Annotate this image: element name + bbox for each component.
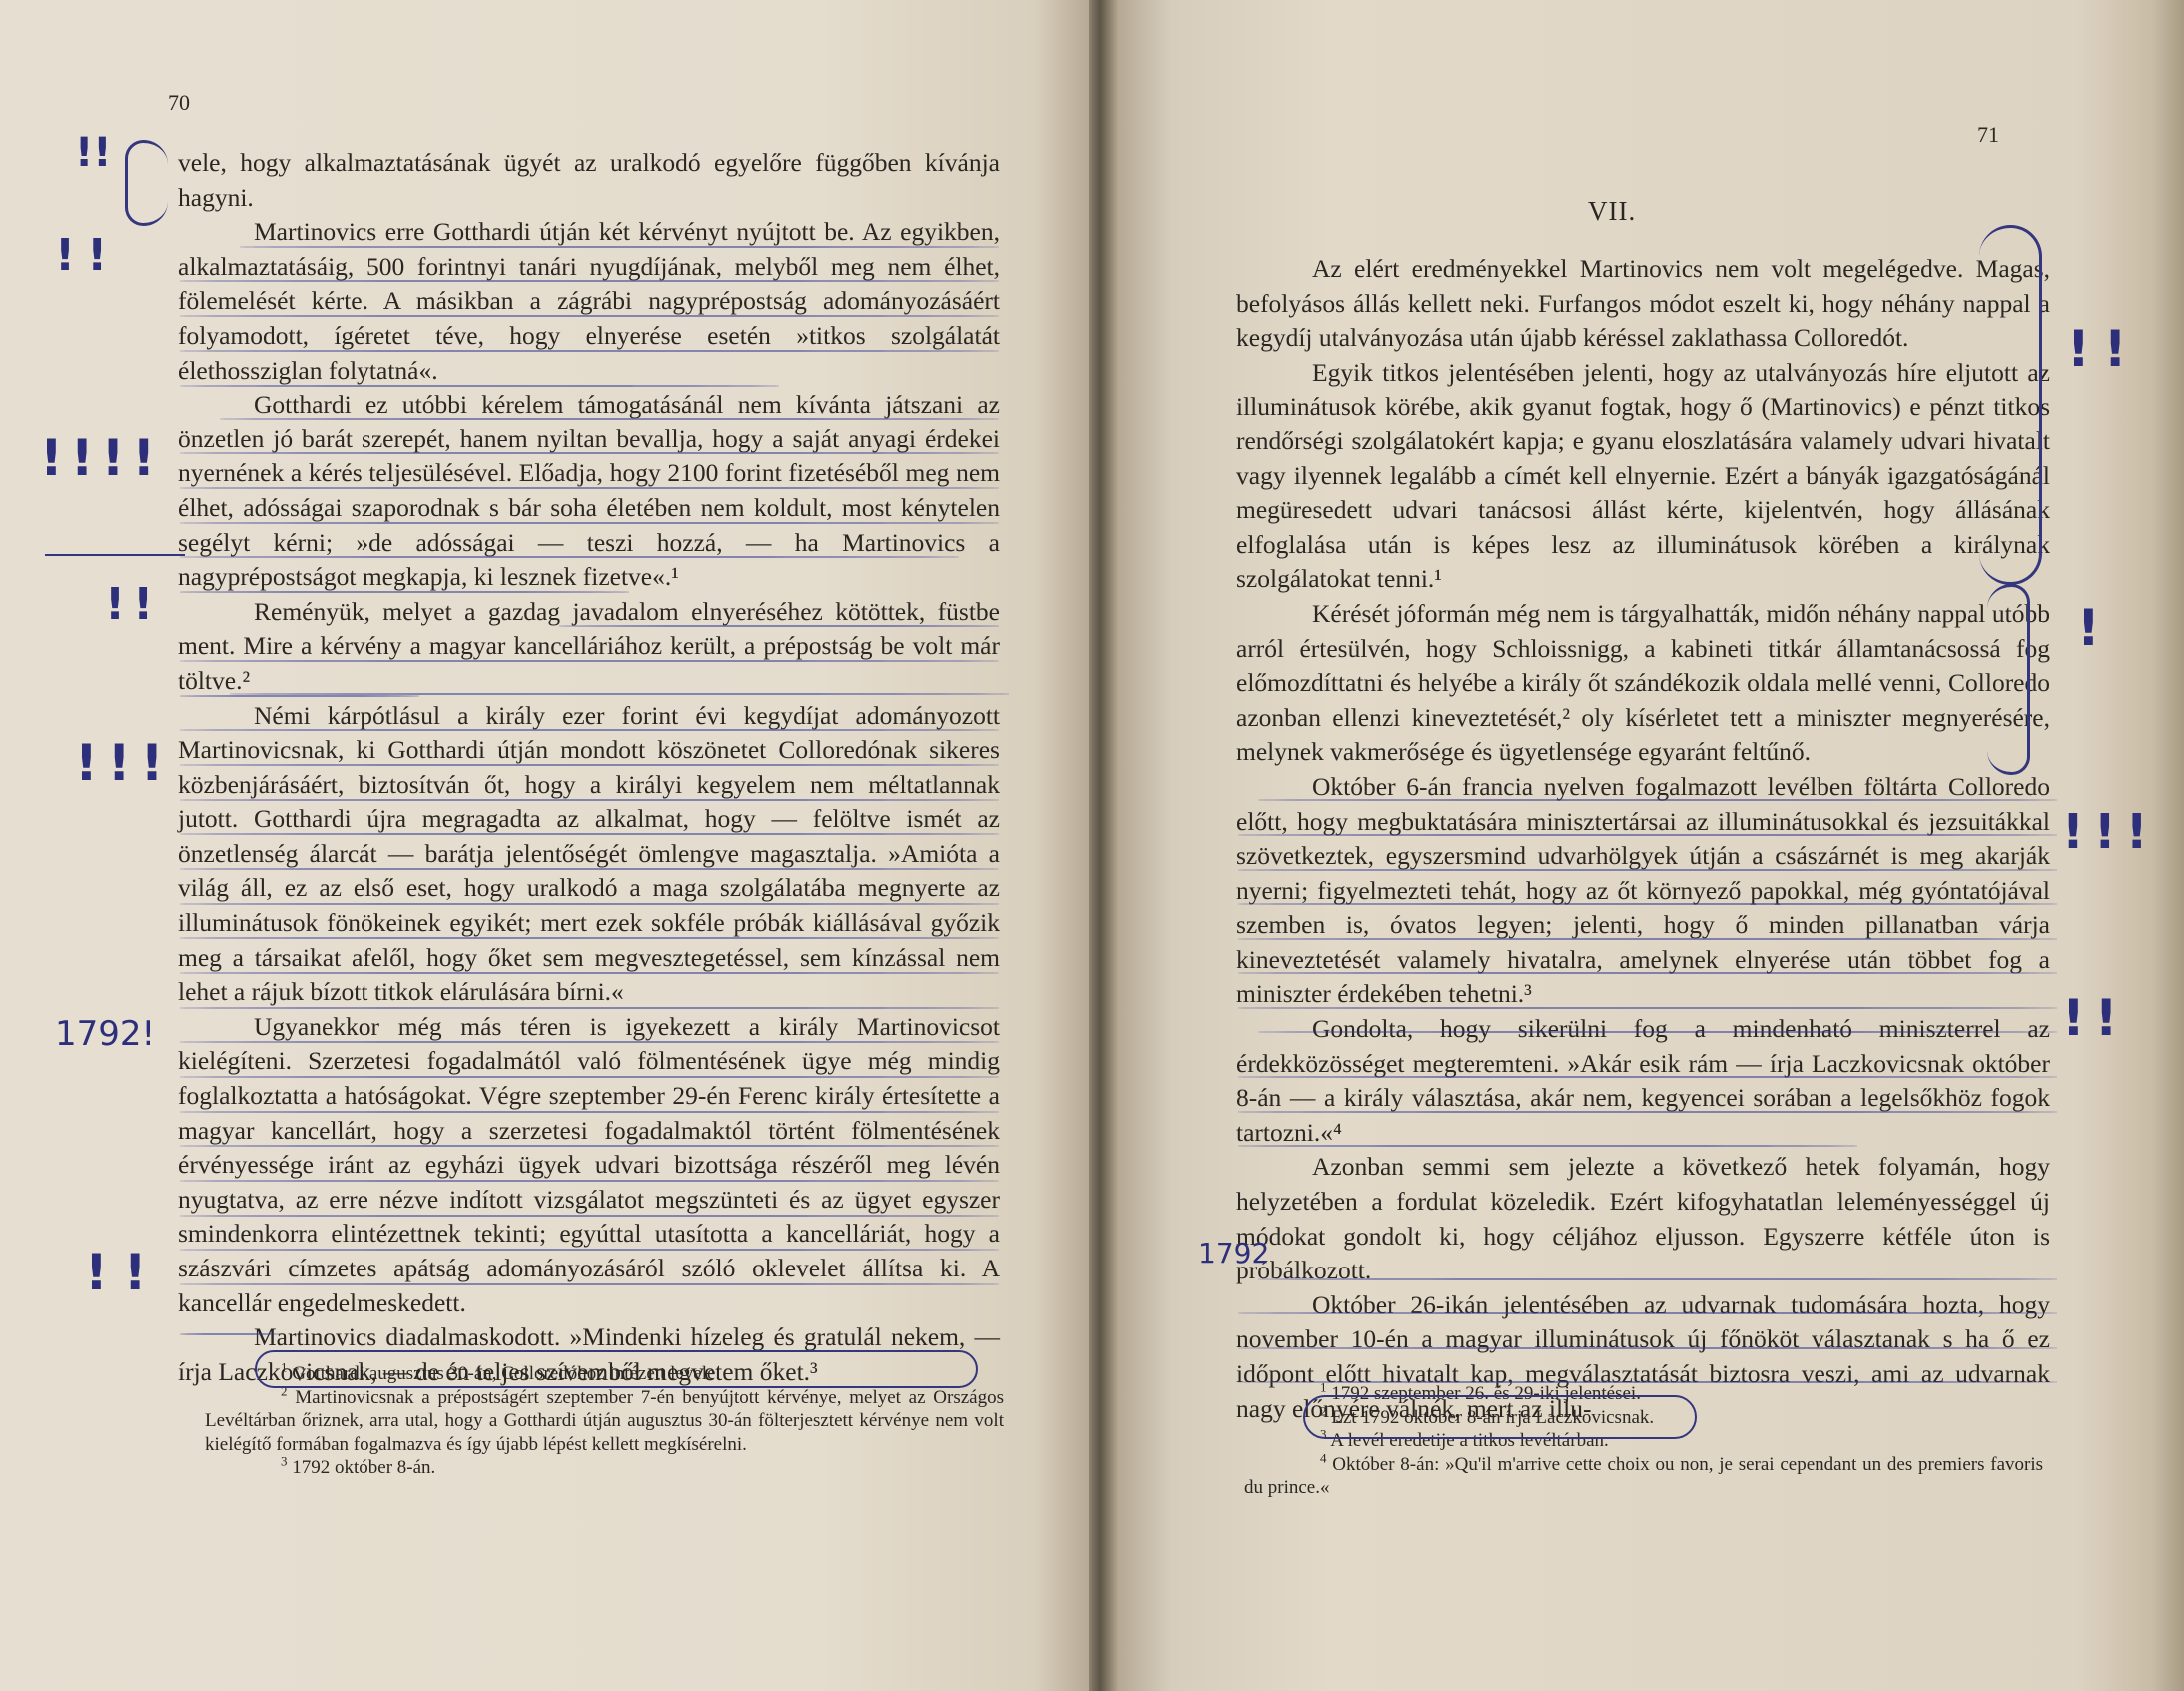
pen-underline	[180, 799, 999, 801]
paragraph: Némi kárpótlásul a király ezer forint év…	[178, 699, 1000, 1010]
paragraph: Az elért eredményekkel Martinovics nem v…	[1236, 252, 2050, 356]
pen-underline	[1238, 869, 2057, 871]
footnote: 4 Október 8-án: »Qu'il m'arrive cette ch…	[1244, 1453, 2043, 1500]
pen-underline	[180, 1215, 999, 1217]
pen-underline	[180, 868, 999, 870]
pen-bracket	[125, 140, 168, 226]
pen-underline	[1238, 1076, 2057, 1078]
pen-underline	[1238, 1145, 1857, 1147]
pen-underline	[180, 1180, 999, 1182]
pen-underline	[180, 764, 999, 766]
pen-circle-footnote	[255, 1350, 978, 1388]
pen-bracket	[1987, 584, 2030, 775]
pen-underline	[180, 695, 419, 697]
paragraph: Reményük, melyet a gazdag javadalom elny…	[178, 595, 1000, 699]
margin-note: !!!	[2062, 804, 2158, 860]
pen-underline	[180, 1041, 999, 1043]
page-number-right: 71	[1977, 122, 1999, 148]
margin-note-year: 1792	[1198, 1237, 1269, 1269]
margin-note: !!	[55, 230, 119, 281]
pen-underline	[180, 280, 999, 282]
margin-note: !!	[75, 130, 111, 176]
pen-underline	[180, 1007, 999, 1009]
pen-underline	[180, 1145, 999, 1147]
paragraph: Egyik titkos jelentésében jelenti, hogy …	[1236, 356, 2050, 597]
pen-underline	[180, 556, 959, 558]
pen-underline	[180, 350, 999, 352]
book-gutter	[1089, 0, 1118, 1691]
pen-underline	[180, 903, 999, 905]
pen-underline	[180, 1111, 999, 1113]
pen-underline	[180, 452, 999, 454]
page-number-left: 70	[168, 90, 190, 116]
pen-underline	[180, 1283, 999, 1285]
pen-underline	[1238, 834, 2057, 836]
paragraph: Martinovics erre Gotthardi útján két kér…	[178, 215, 1000, 388]
margin-note: !!!	[75, 734, 173, 792]
pen-margin-line	[45, 554, 185, 556]
pen-circle-footnote	[1303, 1395, 1697, 1439]
margin-note: !!!!	[40, 429, 163, 487]
pen-underline	[1258, 1031, 2057, 1033]
pen-underline	[180, 660, 999, 662]
pen-underline	[180, 937, 999, 939]
pen-underline	[180, 487, 999, 489]
pen-underline	[559, 625, 999, 627]
pen-underline	[1238, 1347, 2057, 1349]
pen-underline	[1238, 972, 2057, 974]
pen-underline	[180, 315, 999, 317]
pen-underline	[180, 1076, 999, 1078]
pen-underline	[1258, 1278, 2057, 1280]
pen-underline	[240, 246, 999, 248]
chapter-heading: VII.	[1588, 196, 1636, 227]
paragraph: Azonban semmi sem jelezte a következő he…	[1236, 1150, 2050, 1287]
pen-underline	[220, 418, 999, 420]
margin-note-year: 1792!	[55, 1014, 155, 1054]
pen-underline	[180, 1249, 999, 1251]
pen-underline	[180, 1333, 280, 1335]
margin-note: !	[2077, 599, 2100, 657]
pen-underline	[230, 693, 1009, 695]
left-page: 70 vele, hogy alkalmaztatásának ügyét az…	[0, 0, 1089, 1691]
margin-note: !!	[105, 579, 161, 630]
pen-underline	[1238, 903, 2057, 905]
pen-underline	[180, 833, 999, 835]
right-page: 71 VII. Az elért eredményekkel Martinovi…	[1118, 0, 2184, 1691]
pen-underline	[180, 972, 999, 974]
pen-bracket	[1979, 225, 2042, 585]
pen-underline	[180, 522, 999, 524]
paragraph: Október 6-án francia nyelven fogalmazott…	[1236, 770, 2050, 1012]
margin-note: !!	[2067, 320, 2141, 378]
pen-underline	[1238, 938, 2057, 940]
pen-underline	[1238, 1007, 2057, 1009]
paragraph: Kérését jóformán még nem is tárgyalhattá…	[1236, 597, 2050, 770]
pen-underline	[1238, 1312, 2057, 1314]
margin-note: !!	[2062, 989, 2128, 1047]
pen-underline	[180, 729, 999, 731]
paragraph: Ugyanekkor még más téren is igyekezett a…	[178, 1010, 1000, 1320]
footnote: 2 Martinovicsnak a prépostságért szeptem…	[205, 1386, 1004, 1457]
paragraph: vele, hogy alkalmaztatásának ügyét az ur…	[178, 146, 1000, 215]
pen-underline	[180, 591, 629, 593]
right-body-text: Az elért eredményekkel Martinovics nem v…	[1236, 252, 2050, 1426]
left-body-text: vele, hogy alkalmaztatásának ügyét az ur…	[178, 146, 1000, 1389]
footnote: 3 1792 október 8-án.	[205, 1456, 1004, 1480]
pen-underline	[180, 385, 779, 387]
pen-underline	[1258, 799, 2057, 801]
pen-underline	[1238, 1111, 2057, 1113]
book-spread: 70 vele, hogy alkalmaztatásának ügyét az…	[0, 0, 2184, 1691]
margin-note: !!	[85, 1244, 163, 1301]
